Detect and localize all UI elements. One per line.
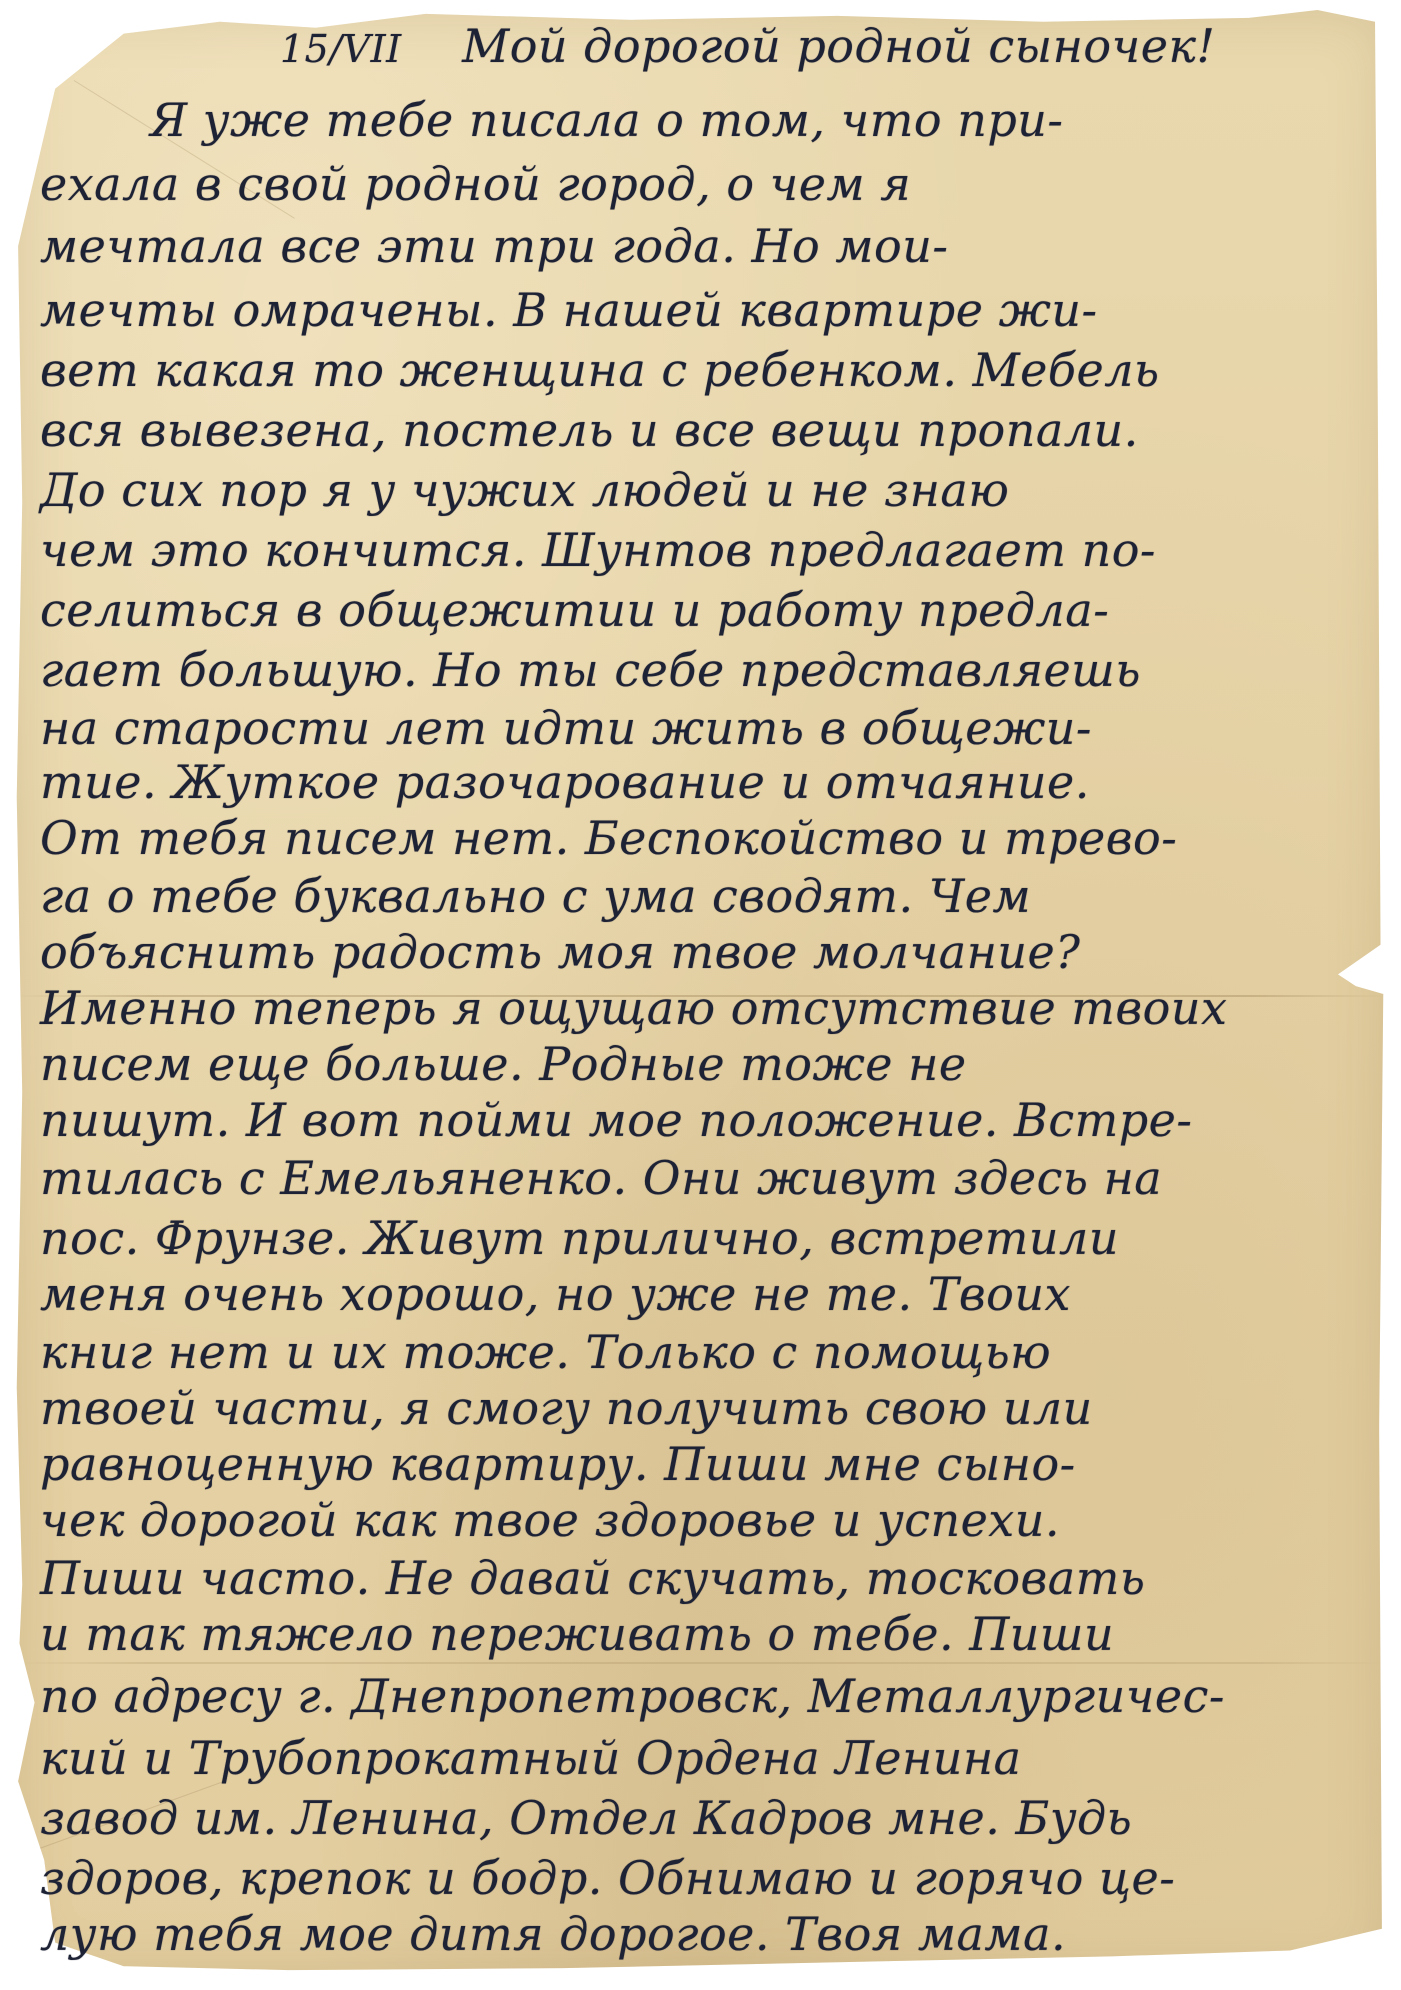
letter-line: пишут. И вот пойми мое положение. Встре- <box>40 1092 1371 1148</box>
letter-line: здоров, крепок и бодр. Обнимаю и горячо … <box>40 1850 1371 1906</box>
letter-line: От тебя писем нет. Беспокойство и трево- <box>40 810 1371 866</box>
letter-line: Я уже тебе писала о том, что при- <box>150 92 1371 148</box>
letter-line: объяснить радость моя твое молчание? <box>40 924 1371 980</box>
letter-line: селиться в общежитии и работу предла- <box>40 582 1371 638</box>
letter-line: книг нет и их тоже. Только с помощью <box>40 1324 1371 1380</box>
letter-line: ехала в свой родной город, о чем я <box>40 156 1371 212</box>
letter-line: Именно теперь я ощущаю отсутствие твоих <box>40 980 1371 1036</box>
letter-line: на старости лет идти жить в общежи- <box>40 700 1371 756</box>
letter-line: равноценную квартиру. Пиши мне сыно- <box>40 1436 1371 1492</box>
letter-line: завод им. Ленина, Отдел Кадров мне. Будь <box>40 1790 1371 1846</box>
letter-line: меня очень хорошо, но уже не те. Твоих <box>40 1266 1371 1322</box>
letter-line: га о тебе буквально с ума сводят. Чем <box>40 868 1371 924</box>
letter-salutation: Мой дорогой родной сыночек! <box>462 19 1215 73</box>
letter-line: тилась с Емельяненко. Они живут здесь на <box>40 1150 1371 1206</box>
letter-line: вся вывезена, постель и все вещи пропали… <box>40 402 1371 458</box>
letter-line: твоей части, я смогу получить свою или <box>40 1380 1371 1436</box>
letter-signoff: лую тебя мое дитя дорогое. Твоя мама. <box>40 1906 1371 1962</box>
letter-line: по адресу г. Днепропетровск, Металлургич… <box>40 1668 1371 1724</box>
letter-line: писем еще больше. Родные тоже не <box>40 1036 1371 1092</box>
letter-line: кий и Трубопрокатный Ордена Ленина <box>40 1730 1371 1786</box>
paper-fold-crease <box>14 1662 1386 1664</box>
letter-line: тие. Жуткое разочарование и отчаяние. <box>40 754 1371 810</box>
letter-heading: 15/VII Мой дорогой родной сыночек! <box>280 18 1371 77</box>
letter-line: и так тяжело переживать о тебе. Пиши <box>40 1606 1371 1662</box>
letter-line: пос. Фрунзе. Живут прилично, встретили <box>40 1210 1371 1266</box>
letter-line: гает большую. Но ты себе представляешь <box>40 642 1371 698</box>
letter-line: вет какая то женщина с ребенком. Мебель <box>40 342 1371 398</box>
letter-line: мечтала все эти три года. Но мои- <box>40 218 1371 274</box>
letter-line: До сих пор я у чужих людей и не знаю <box>40 462 1371 518</box>
letter-line: чем это кончится. Шунтов предлагает по- <box>40 522 1371 578</box>
letter-date: 15/VII <box>280 27 402 71</box>
letter-line: мечты омрачены. В нашей квартире жи- <box>40 282 1371 338</box>
letter-line: чек дорогой как твое здоровье и успехи. <box>40 1492 1371 1548</box>
letter-line: Пиши часто. Не давай скучать, тосковать <box>40 1550 1371 1606</box>
